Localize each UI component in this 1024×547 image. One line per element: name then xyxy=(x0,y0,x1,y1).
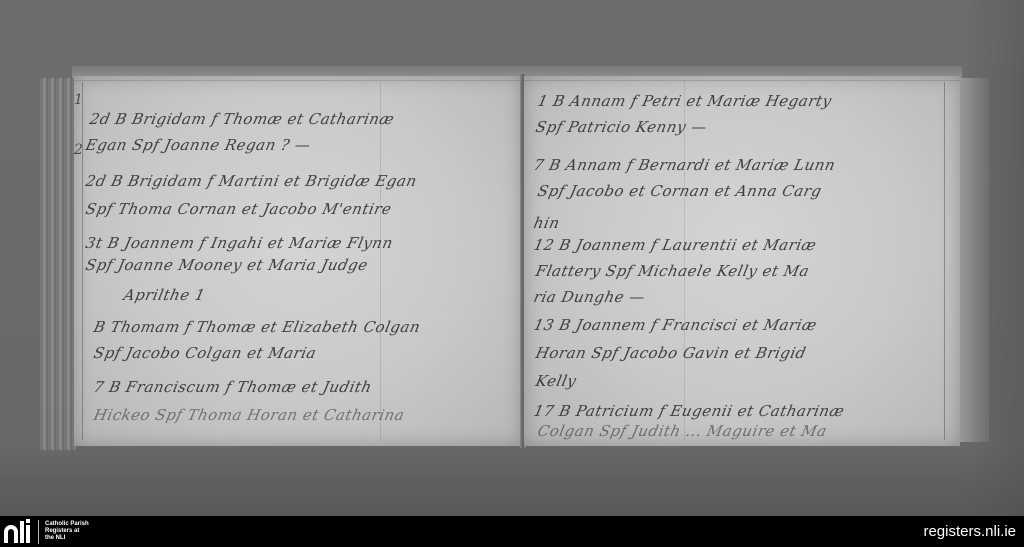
logo-divider xyxy=(38,520,39,544)
nli-logo-icon xyxy=(4,521,30,543)
register-line: Kelly xyxy=(534,372,578,390)
register-line: 12 B Joannem f Laurentii et Mariæ xyxy=(532,236,818,254)
brand-text-line: the NLI xyxy=(45,535,89,542)
register-line: Spf Jacobo et Cornan et Anna Carg xyxy=(536,182,823,200)
top-rule xyxy=(524,80,960,81)
register-line: 7 B Annam f Bernardi et Mariæ Lunn xyxy=(532,156,837,174)
register-page-right: 1 B Annam f Petri et Mariæ Hegarty Spf P… xyxy=(524,76,960,446)
logo-letter-i xyxy=(26,525,30,543)
book-page-stack-left xyxy=(40,78,76,450)
brand-text-line: Registers at xyxy=(45,528,89,535)
register-line: Horan Spf Jacobo Gavin et Brigid xyxy=(534,344,808,362)
register-line: B Thomam f Thomæ et Elizabeth Colgan xyxy=(92,318,422,336)
register-line: Spf Joanne Mooney et Maria Judge xyxy=(84,256,370,274)
register-line: 1 B Annam f Petri et Mariæ Hegarty xyxy=(536,92,833,110)
register-line: Hickeo Spf Thoma Horan et Catharina xyxy=(92,406,406,424)
register-line: Spf Thoma Cornan et Jacobo M'entire xyxy=(84,200,393,218)
register-line: Spf Patricio Kenny — xyxy=(534,118,709,136)
register-line: hin xyxy=(532,214,561,232)
register-line-month-heading: Aprilthe 1 xyxy=(122,286,207,304)
register-page-left: 1 2 2d B Brigidam f Thomæ et Catharinæ E… xyxy=(74,76,522,446)
register-line: 3t B Joannem f Ingahi et Mariæ Flynn xyxy=(84,234,395,252)
margin-number: 1 xyxy=(74,92,83,108)
brand-text: Catholic Parish Registers at the NLI xyxy=(45,521,89,542)
register-line: 17 B Patricium f Eugenii et Catharinæ xyxy=(532,402,846,420)
top-rule xyxy=(74,80,522,81)
brand-text-line: Catholic Parish xyxy=(45,521,89,528)
logo-letter-l xyxy=(20,521,24,543)
register-line: Egan Spf Joanne Regan ? — xyxy=(84,136,312,154)
register-image-viewer[interactable]: 1 2 2d B Brigidam f Thomæ et Catharinæ E… xyxy=(0,0,1024,516)
nli-brand[interactable]: Catholic Parish Registers at the NLI xyxy=(0,516,89,547)
register-line: Spf Jacobo Colgan et Maria xyxy=(92,344,318,362)
registers-site-link[interactable]: registers.nli.ie xyxy=(923,523,1024,540)
register-line: Flattery Spf Michaele Kelly et Ma xyxy=(534,262,811,280)
scan-shadow-bottom xyxy=(0,446,1024,516)
register-line: 2d B Brigidam f Martini et Brigidæ Egan xyxy=(84,172,418,190)
register-line: Colgan Spf Judith ... Maguire et Ma xyxy=(536,422,829,440)
footer-bar: Catholic Parish Registers at the NLI reg… xyxy=(0,516,1024,547)
logo-letter-n xyxy=(4,525,18,543)
margin-rule xyxy=(82,82,83,440)
register-line: 13 B Joannem f Francisci et Mariæ xyxy=(532,316,819,334)
register-line: ria Dunghe — xyxy=(532,288,647,306)
margin-number: 2 xyxy=(74,142,83,158)
margin-rule xyxy=(944,82,945,440)
column-rule xyxy=(380,82,381,440)
register-line: 7 B Franciscum f Thomæ et Judith xyxy=(92,378,374,396)
register-line: 2d B Brigidam f Thomæ et Catharinæ xyxy=(88,110,396,128)
scan-shadow-right xyxy=(964,0,1024,516)
